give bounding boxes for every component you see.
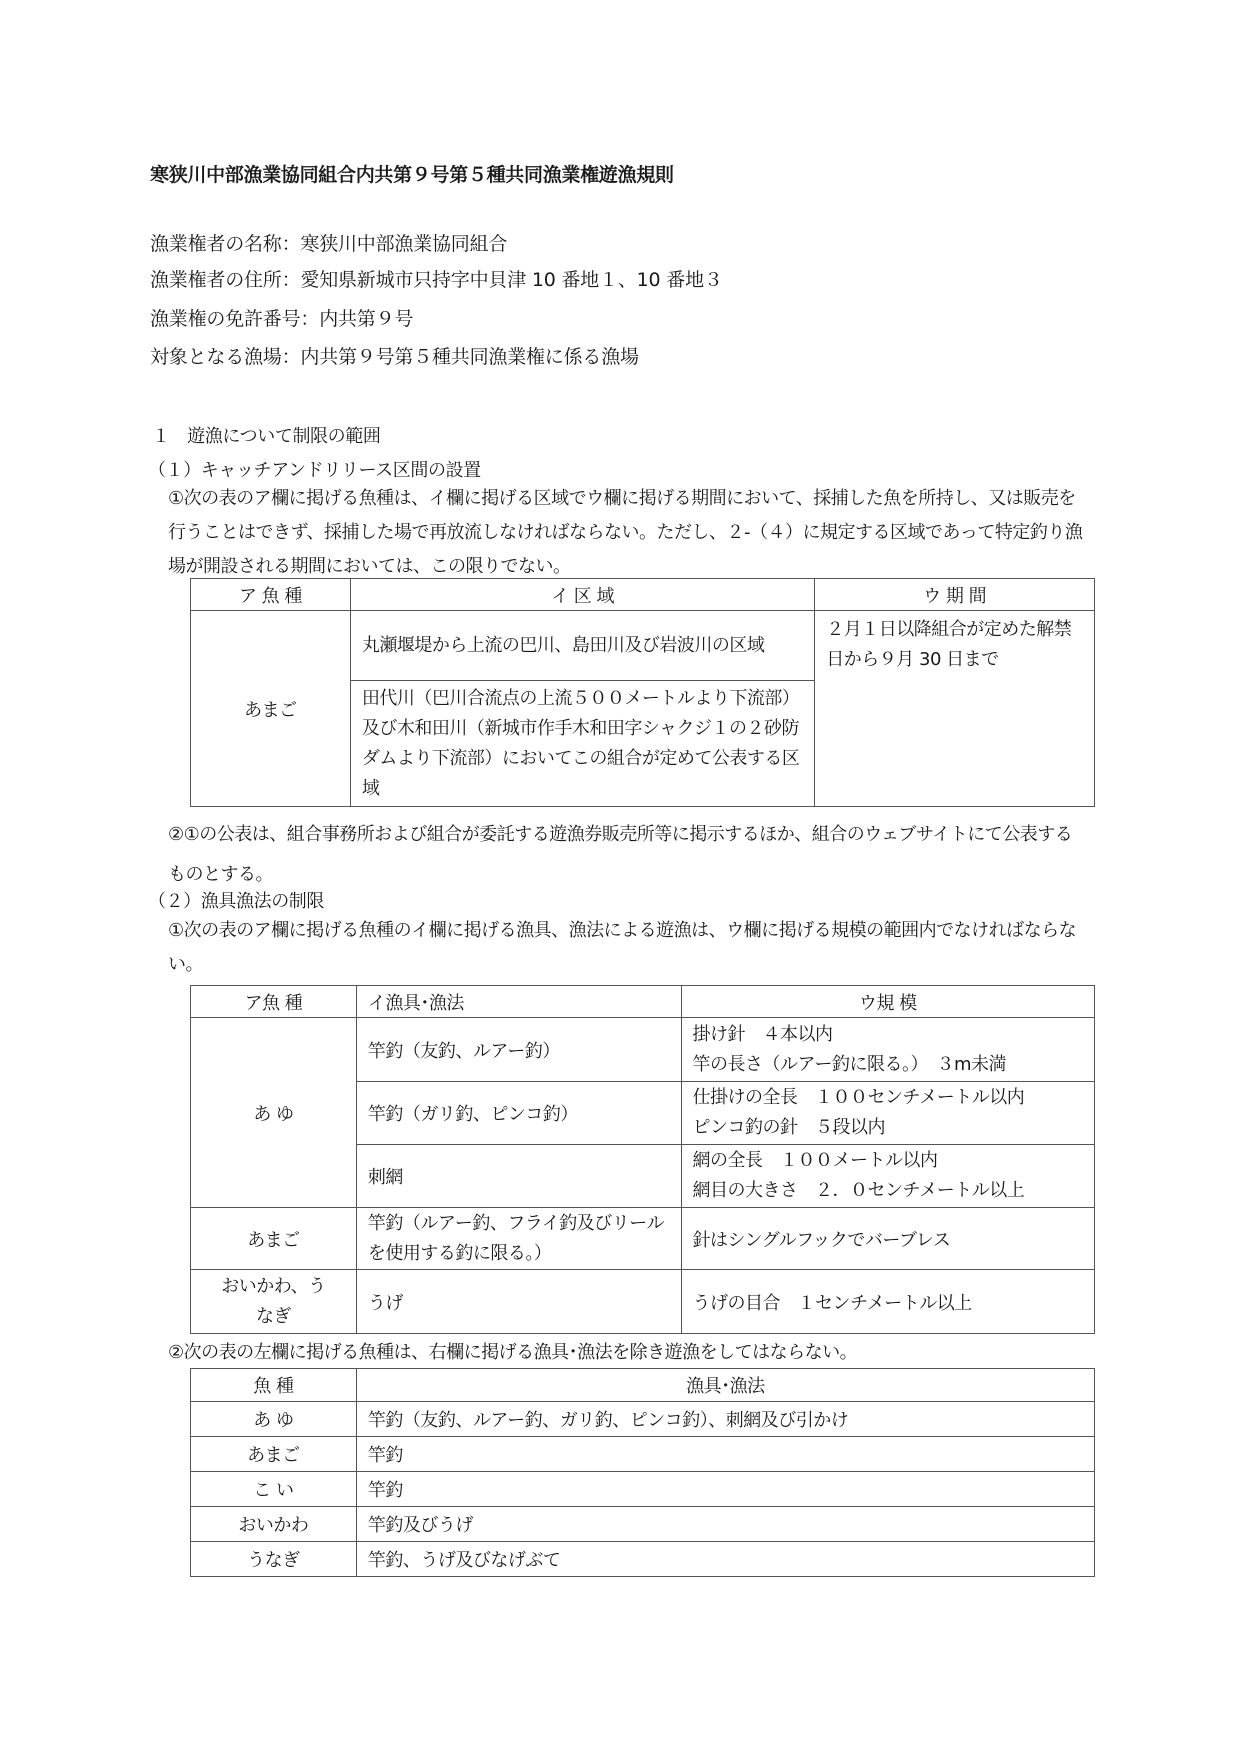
table-row: あまご 竿釣 bbox=[191, 1437, 1095, 1472]
meta-owner-name: 漁業権者の名称：寒狭川中部漁業協同組合 bbox=[150, 229, 507, 256]
cell-species: おいかわ bbox=[191, 1507, 357, 1542]
subsection-2-heading: （２）漁具漁法の制限 bbox=[148, 887, 324, 913]
meta-value: 愛知県新城市只持字中貝津 10 番地１、10 番地３ bbox=[300, 269, 722, 291]
scale-line: ピンコ釣の針 ５段以内 bbox=[693, 1113, 1084, 1143]
cell-gear: 竿釣及びうげ bbox=[356, 1507, 1094, 1542]
scale-line: 仕掛けの全長 １００センチメートル以内 bbox=[693, 1083, 1084, 1113]
header-species: ア魚 種 bbox=[191, 986, 357, 1018]
document-title: 寒狭川中部漁業協同組合内共第９号第５種共同漁業権遊漁規則 bbox=[150, 160, 674, 187]
meta-owner-address: 漁業権者の住所：愛知県新城市只持字中貝津 10 番地１、10 番地３ bbox=[150, 265, 723, 292]
header-species: ア 魚 種 bbox=[191, 579, 351, 611]
header-gear: 漁具･漁法 bbox=[356, 1369, 1094, 1402]
scale-line: 網目の大きさ ２．０センチメートル以上 bbox=[693, 1176, 1084, 1206]
meta-value: 内共第９号 bbox=[319, 308, 413, 330]
cell-gear: 竿釣 bbox=[356, 1437, 1094, 1472]
cell-gear: 竿釣（ガリ釣、ピンコ釣） bbox=[356, 1082, 681, 1145]
cell-scale: 掛け針 ４本以内竿の長さ（ルアー釣に限る。） ３m未満 bbox=[681, 1018, 1095, 1082]
cell-species: あまご bbox=[191, 1437, 357, 1472]
cell-gear: 竿釣（ルアー釣、フライ釣及びリールを使用する釣に限る。） bbox=[356, 1208, 681, 1270]
cell-gear: 竿釣（友釣、ルアー釣） bbox=[356, 1018, 681, 1082]
scale-line: 掛け針 ４本以内 bbox=[693, 1020, 1084, 1050]
meta-label: 漁業権者の住所： bbox=[150, 269, 300, 291]
catch-and-release-table: ア 魚 種 イ 区 域 ウ 期 間 あまご 丸瀬堰堤から上流の巴川、島田川及び岩… bbox=[190, 578, 1095, 807]
subsection-1-paragraph-2: ②①の公表は、組合事務所および組合が委託する遊漁券販売所等に掲示するほか、組合の… bbox=[168, 815, 1088, 895]
meta-value: 内共第９号第５種共同漁業権に係る漁場 bbox=[300, 346, 638, 368]
cell-area-1: 丸瀬堰堤から上流の巴川、島田川及び岩波川の区域 bbox=[350, 611, 814, 681]
header-area: イ 区 域 bbox=[350, 579, 814, 611]
subsection-1-paragraph-1: ①次の表のア欄に掲げる魚種は、イ欄に掲げる区域でウ欄に掲げる期間において、採捕し… bbox=[168, 482, 1088, 584]
header-period: ウ 期 間 bbox=[815, 579, 1095, 611]
cell-gear: 竿釣、うげ及びなげぶて bbox=[356, 1542, 1094, 1577]
cell-gear: 竿釣（友釣、ルアー釣、ガリ釣、ピンコ釣）、刺網及び引かけ bbox=[356, 1402, 1094, 1437]
cell-species: うなぎ bbox=[191, 1542, 357, 1577]
cell-gear: 刺網 bbox=[356, 1145, 681, 1208]
meta-value: 寒狭川中部漁業協同組合 bbox=[300, 233, 507, 255]
table-row: おいかわ 竿釣及びうげ bbox=[191, 1507, 1095, 1542]
cell-gear: 竿釣 bbox=[356, 1472, 1094, 1507]
cell-gear: うげ bbox=[356, 1270, 681, 1334]
header-gear: イ漁具･漁法 bbox=[356, 986, 681, 1018]
cell-species: こ い bbox=[191, 1472, 357, 1507]
cell-area-2: 田代川（巴川合流点の上流５００メートルより下流部）及び木和田川（新城市作手木和田… bbox=[350, 681, 814, 807]
cell-species: あ ゆ bbox=[191, 1402, 357, 1437]
header-scale: ウ規 模 bbox=[681, 986, 1095, 1018]
meta-target-fishery: 対象となる漁場：内共第９号第５種共同漁業権に係る漁場 bbox=[150, 342, 639, 369]
scale-line: 網の全長 １００メートル以内 bbox=[693, 1146, 1084, 1176]
section-1-heading: １ 遊漁について制限の範囲 bbox=[152, 422, 380, 448]
table-row: うなぎ 竿釣、うげ及びなげぶて bbox=[191, 1542, 1095, 1577]
scale-line: 竿の長さ（ルアー釣に限る。） ３m未満 bbox=[693, 1050, 1084, 1080]
cell-period: ２月１日以降組合が定めた解禁日から９月 30 日まで bbox=[815, 611, 1095, 807]
cell-scale: うげの目合 １センチメートル以上 bbox=[681, 1270, 1095, 1334]
subsection-1-heading: （１）キャッチアンドリリース区間の設置 bbox=[148, 456, 481, 482]
meta-license-number: 漁業権の免許番号：内共第９号 bbox=[150, 304, 413, 331]
subsection-2-paragraph-1: ①次の表のア欄に掲げる魚種のイ欄に掲げる漁具、漁法による遊漁は、ウ欄に掲げる規模… bbox=[168, 914, 1088, 982]
header-species: 魚 種 bbox=[191, 1369, 357, 1402]
meta-label: 対象となる漁場： bbox=[150, 346, 300, 368]
meta-label: 漁業権の免許番号： bbox=[150, 308, 319, 330]
gear-restriction-table: ア魚 種 イ漁具･漁法 ウ規 模 あ ゆ 竿釣（友釣、ルアー釣） 掛け針 ４本以… bbox=[190, 985, 1095, 1334]
cell-scale: 仕掛けの全長 １００センチメートル以内ピンコ釣の針 ５段以内 bbox=[681, 1082, 1095, 1145]
permitted-gear-table: 魚 種 漁具･漁法 あ ゆ 竿釣（友釣、ルアー釣、ガリ釣、ピンコ釣）、刺網及び引… bbox=[190, 1368, 1095, 1577]
cell-species-amago: あまご bbox=[191, 1208, 357, 1270]
cell-species-ayu: あ ゆ bbox=[191, 1018, 357, 1208]
table-row: こ い 竿釣 bbox=[191, 1472, 1095, 1507]
subsection-2-paragraph-2: ②次の表の左欄に掲げる魚種は、右欄に掲げる漁具･漁法を除き遊漁をしてはならない。 bbox=[168, 1336, 1088, 1370]
meta-label: 漁業権者の名称： bbox=[150, 233, 300, 255]
cell-species-oikawa-unagi: おいかわ、うなぎ bbox=[191, 1270, 357, 1334]
cell-species: あまご bbox=[191, 611, 351, 807]
cell-scale: 網の全長 １００メートル以内網目の大きさ ２．０センチメートル以上 bbox=[681, 1145, 1095, 1208]
cell-scale: 針はシングルフックでバーブレス bbox=[681, 1208, 1095, 1270]
table-row: あ ゆ 竿釣（友釣、ルアー釣、ガリ釣、ピンコ釣）、刺網及び引かけ bbox=[191, 1402, 1095, 1437]
